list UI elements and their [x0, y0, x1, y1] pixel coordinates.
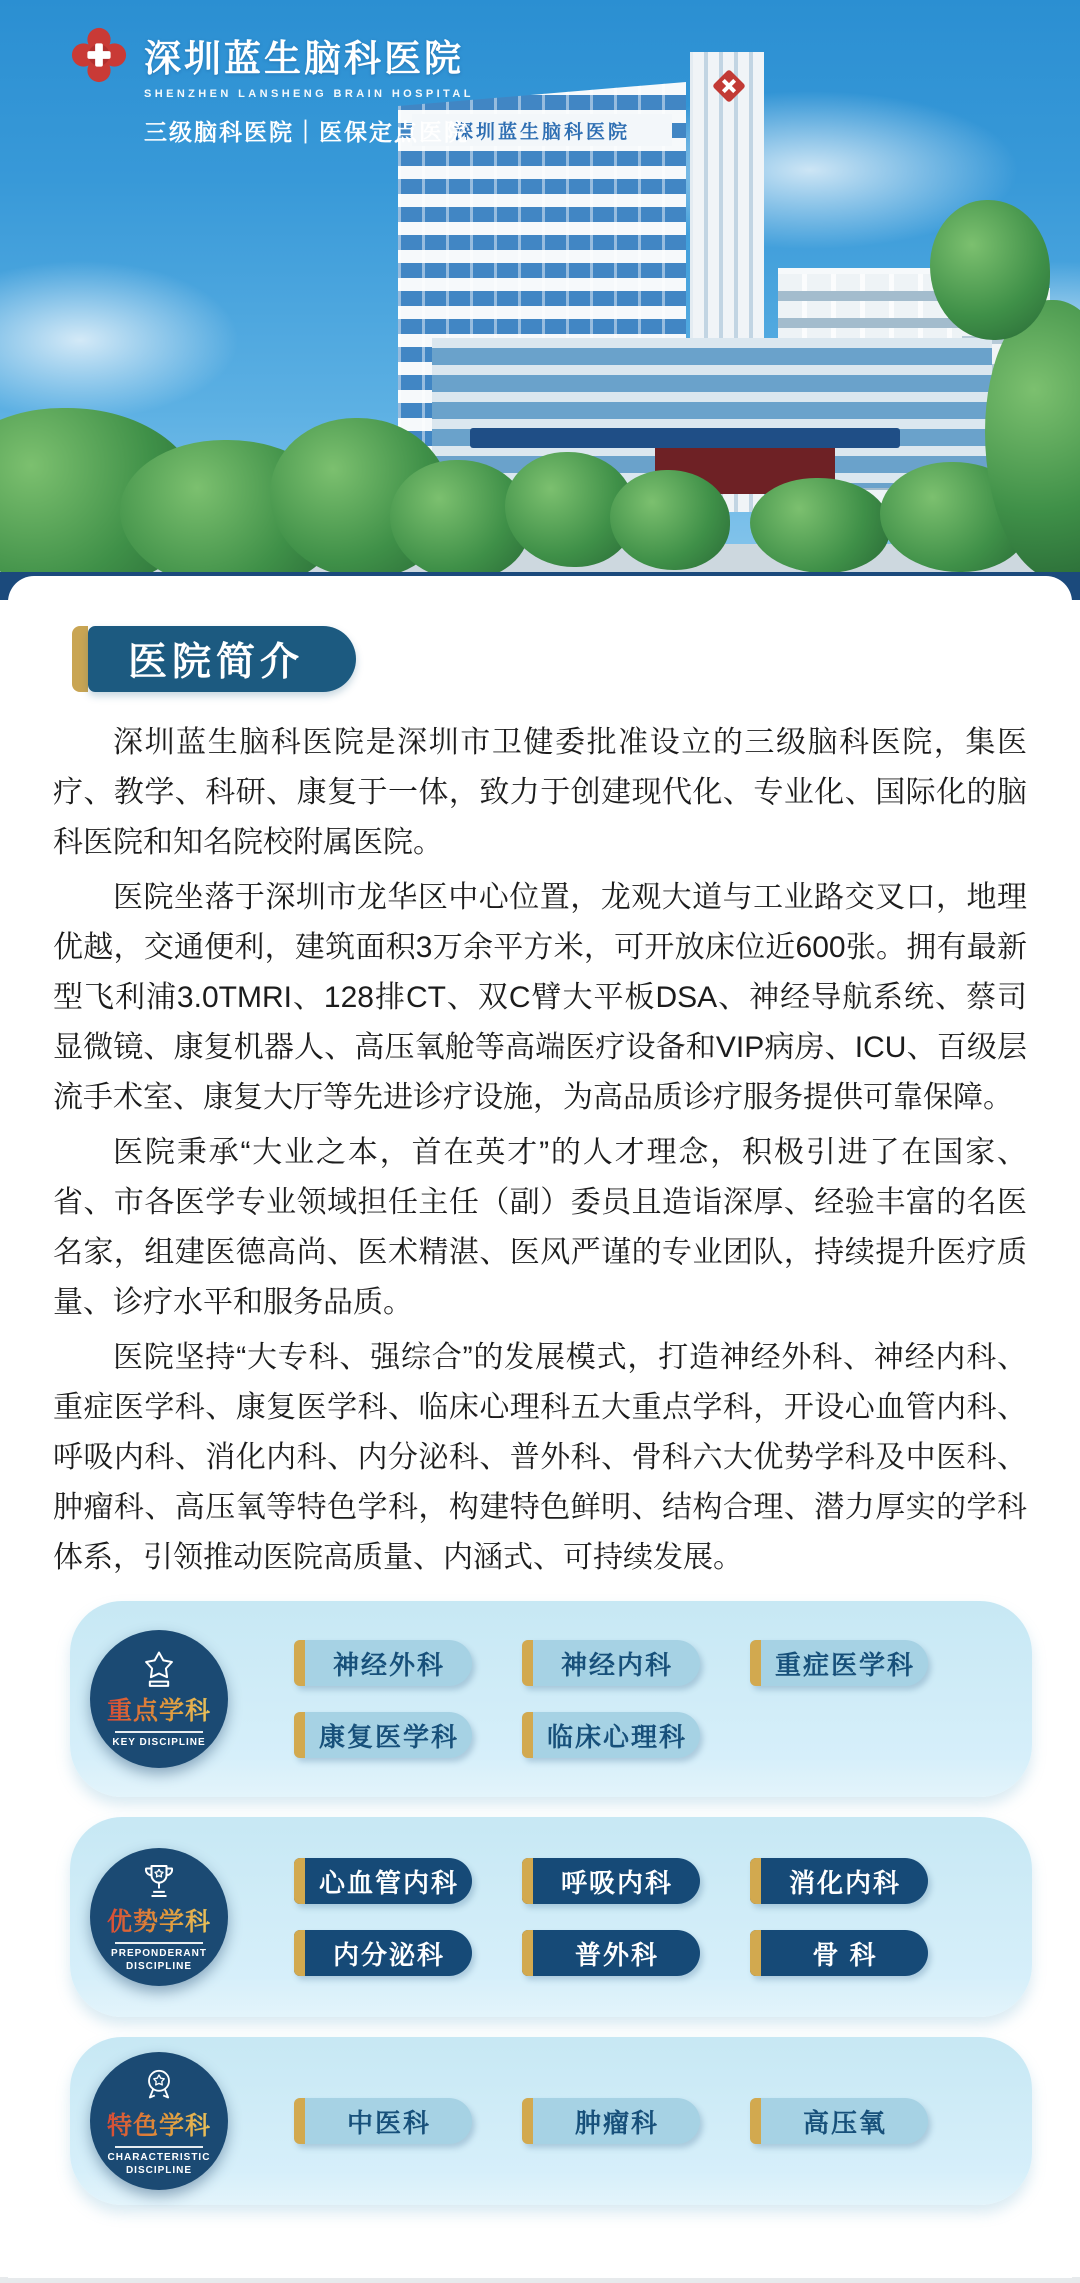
- discipline-pill: 普外科: [522, 1930, 700, 1976]
- badge-title: 优势学科: [107, 1902, 211, 1938]
- discipline-pill: 神经外科: [294, 1640, 472, 1686]
- preponderant-discipline-list: 心血管内科 呼吸内科 消化内科 内分泌科 普外科 骨 科: [294, 1858, 928, 1976]
- hospital-photo: 深圳蓝生脑科医院 深圳蓝生脑科医院 SHENZHEN LA: [0, 0, 1080, 600]
- preponderant-discipline-badge: 优势学科 PREPONDERANT DISCIPLINE: [90, 1848, 228, 1986]
- trophy-icon: [139, 1861, 179, 1901]
- discipline-pill: 重症医学科: [750, 1640, 928, 1686]
- badge-title: 特色学科: [107, 2106, 211, 2142]
- cloud: [0, 260, 240, 420]
- discipline-pill: 呼吸内科: [522, 1858, 700, 1904]
- section-title: 医院简介: [88, 626, 356, 692]
- preponderant-discipline-panel: 优势学科 PREPONDERANT DISCIPLINE 心血管内科 呼吸内科 …: [70, 1817, 1032, 2017]
- intro-paragraph: 医院坐落于深圳市龙华区中心位置，龙观大道与工业路交叉口，地理优越，交通便利，建筑…: [53, 873, 1027, 1123]
- badge-divider: [115, 2146, 203, 2148]
- hospital-name-english: SHENZHEN LANSHENG BRAIN HOSPITAL: [144, 88, 474, 100]
- badge-title: 重点学科: [107, 1691, 211, 1727]
- discipline-pill: 内分泌科: [294, 1930, 472, 1976]
- discipline-pill: 骨 科: [750, 1930, 928, 1976]
- entrance-canopy: [470, 428, 900, 448]
- discipline-pill: 神经内科: [522, 1640, 700, 1686]
- discipline-pill: 康复医学科: [294, 1712, 472, 1758]
- section-header: 医院简介: [8, 576, 1072, 692]
- hospital-name: 深圳蓝生脑科医院: [144, 28, 464, 82]
- content-card: 医院简介 深圳蓝生脑科医院是深圳市卫健委批准设立的三级脑科医院，集医疗、教学、科…: [8, 576, 1072, 2278]
- hospital-flower-logo-icon: [70, 26, 128, 84]
- characteristic-discipline-panel: 特色学科 CHARACTERISTIC DISCIPLINE 中医科 肿瘤科 高…: [70, 2037, 1032, 2205]
- hospital-brand: 深圳蓝生脑科医院 SHENZHEN LANSHENG BRAIN HOSPITA…: [70, 26, 474, 147]
- badge-divider: [115, 1942, 203, 1944]
- discipline-pill: 临床心理科: [522, 1712, 700, 1758]
- discipline-pill: 中医科: [294, 2098, 472, 2144]
- key-discipline-badge: 重点学科 KEY DISCIPLINE: [90, 1630, 228, 1768]
- key-discipline-panel: 重点学科 KEY DISCIPLINE 神经外科 神经内科 重症医学科 康复医学…: [70, 1601, 1032, 1797]
- intro-paragraph: 医院秉承“大业之本，首在英才”的人才理念，积极引进了在国家、省、市各医学专业领域…: [53, 1128, 1027, 1328]
- discipline-pill: 心血管内科: [294, 1858, 472, 1904]
- hospital-intro-page: { "header": { "logo": { "name": "深圳蓝生脑科医…: [0, 0, 1080, 2283]
- hospital-introduction: 深圳蓝生脑科医院是深圳市卫健委批准设立的三级脑科医院，集医疗、教学、科研、康复于…: [8, 692, 1072, 1583]
- badge-english: CHARACTERISTIC DISCIPLINE: [90, 2151, 228, 2177]
- intro-paragraph: 医院坚持“大专科、强综合”的发展模式，打造神经外科、神经内科、重症医学科、康复医…: [53, 1333, 1027, 1583]
- hospital-cross-logo-icon: [712, 69, 746, 103]
- key-discipline-list: 神经外科 神经内科 重症医学科 康复医学科 临床心理科: [294, 1640, 928, 1758]
- intro-paragraph: 深圳蓝生脑科医院是深圳市卫健委批准设立的三级脑科医院，集医疗、教学、科研、康复于…: [53, 718, 1027, 868]
- star-badge-icon: [139, 1650, 179, 1690]
- badge-english: KEY DISCIPLINE: [112, 1736, 205, 1749]
- characteristic-discipline-list: 中医科 肿瘤科 高压氧: [294, 2098, 928, 2144]
- discipline-pill: 高压氧: [750, 2098, 928, 2144]
- hospital-accreditation: 三级脑科医院｜医保定点医院: [144, 114, 474, 147]
- gold-accent-bar: [72, 626, 88, 692]
- medal-icon: [139, 2065, 179, 2105]
- discipline-pill: 肿瘤科: [522, 2098, 700, 2144]
- characteristic-discipline-badge: 特色学科 CHARACTERISTIC DISCIPLINE: [90, 2052, 228, 2190]
- discipline-pill: 消化内科: [750, 1858, 928, 1904]
- badge-divider: [115, 1731, 203, 1733]
- badge-english: PREPONDERANT DISCIPLINE: [90, 1947, 228, 1973]
